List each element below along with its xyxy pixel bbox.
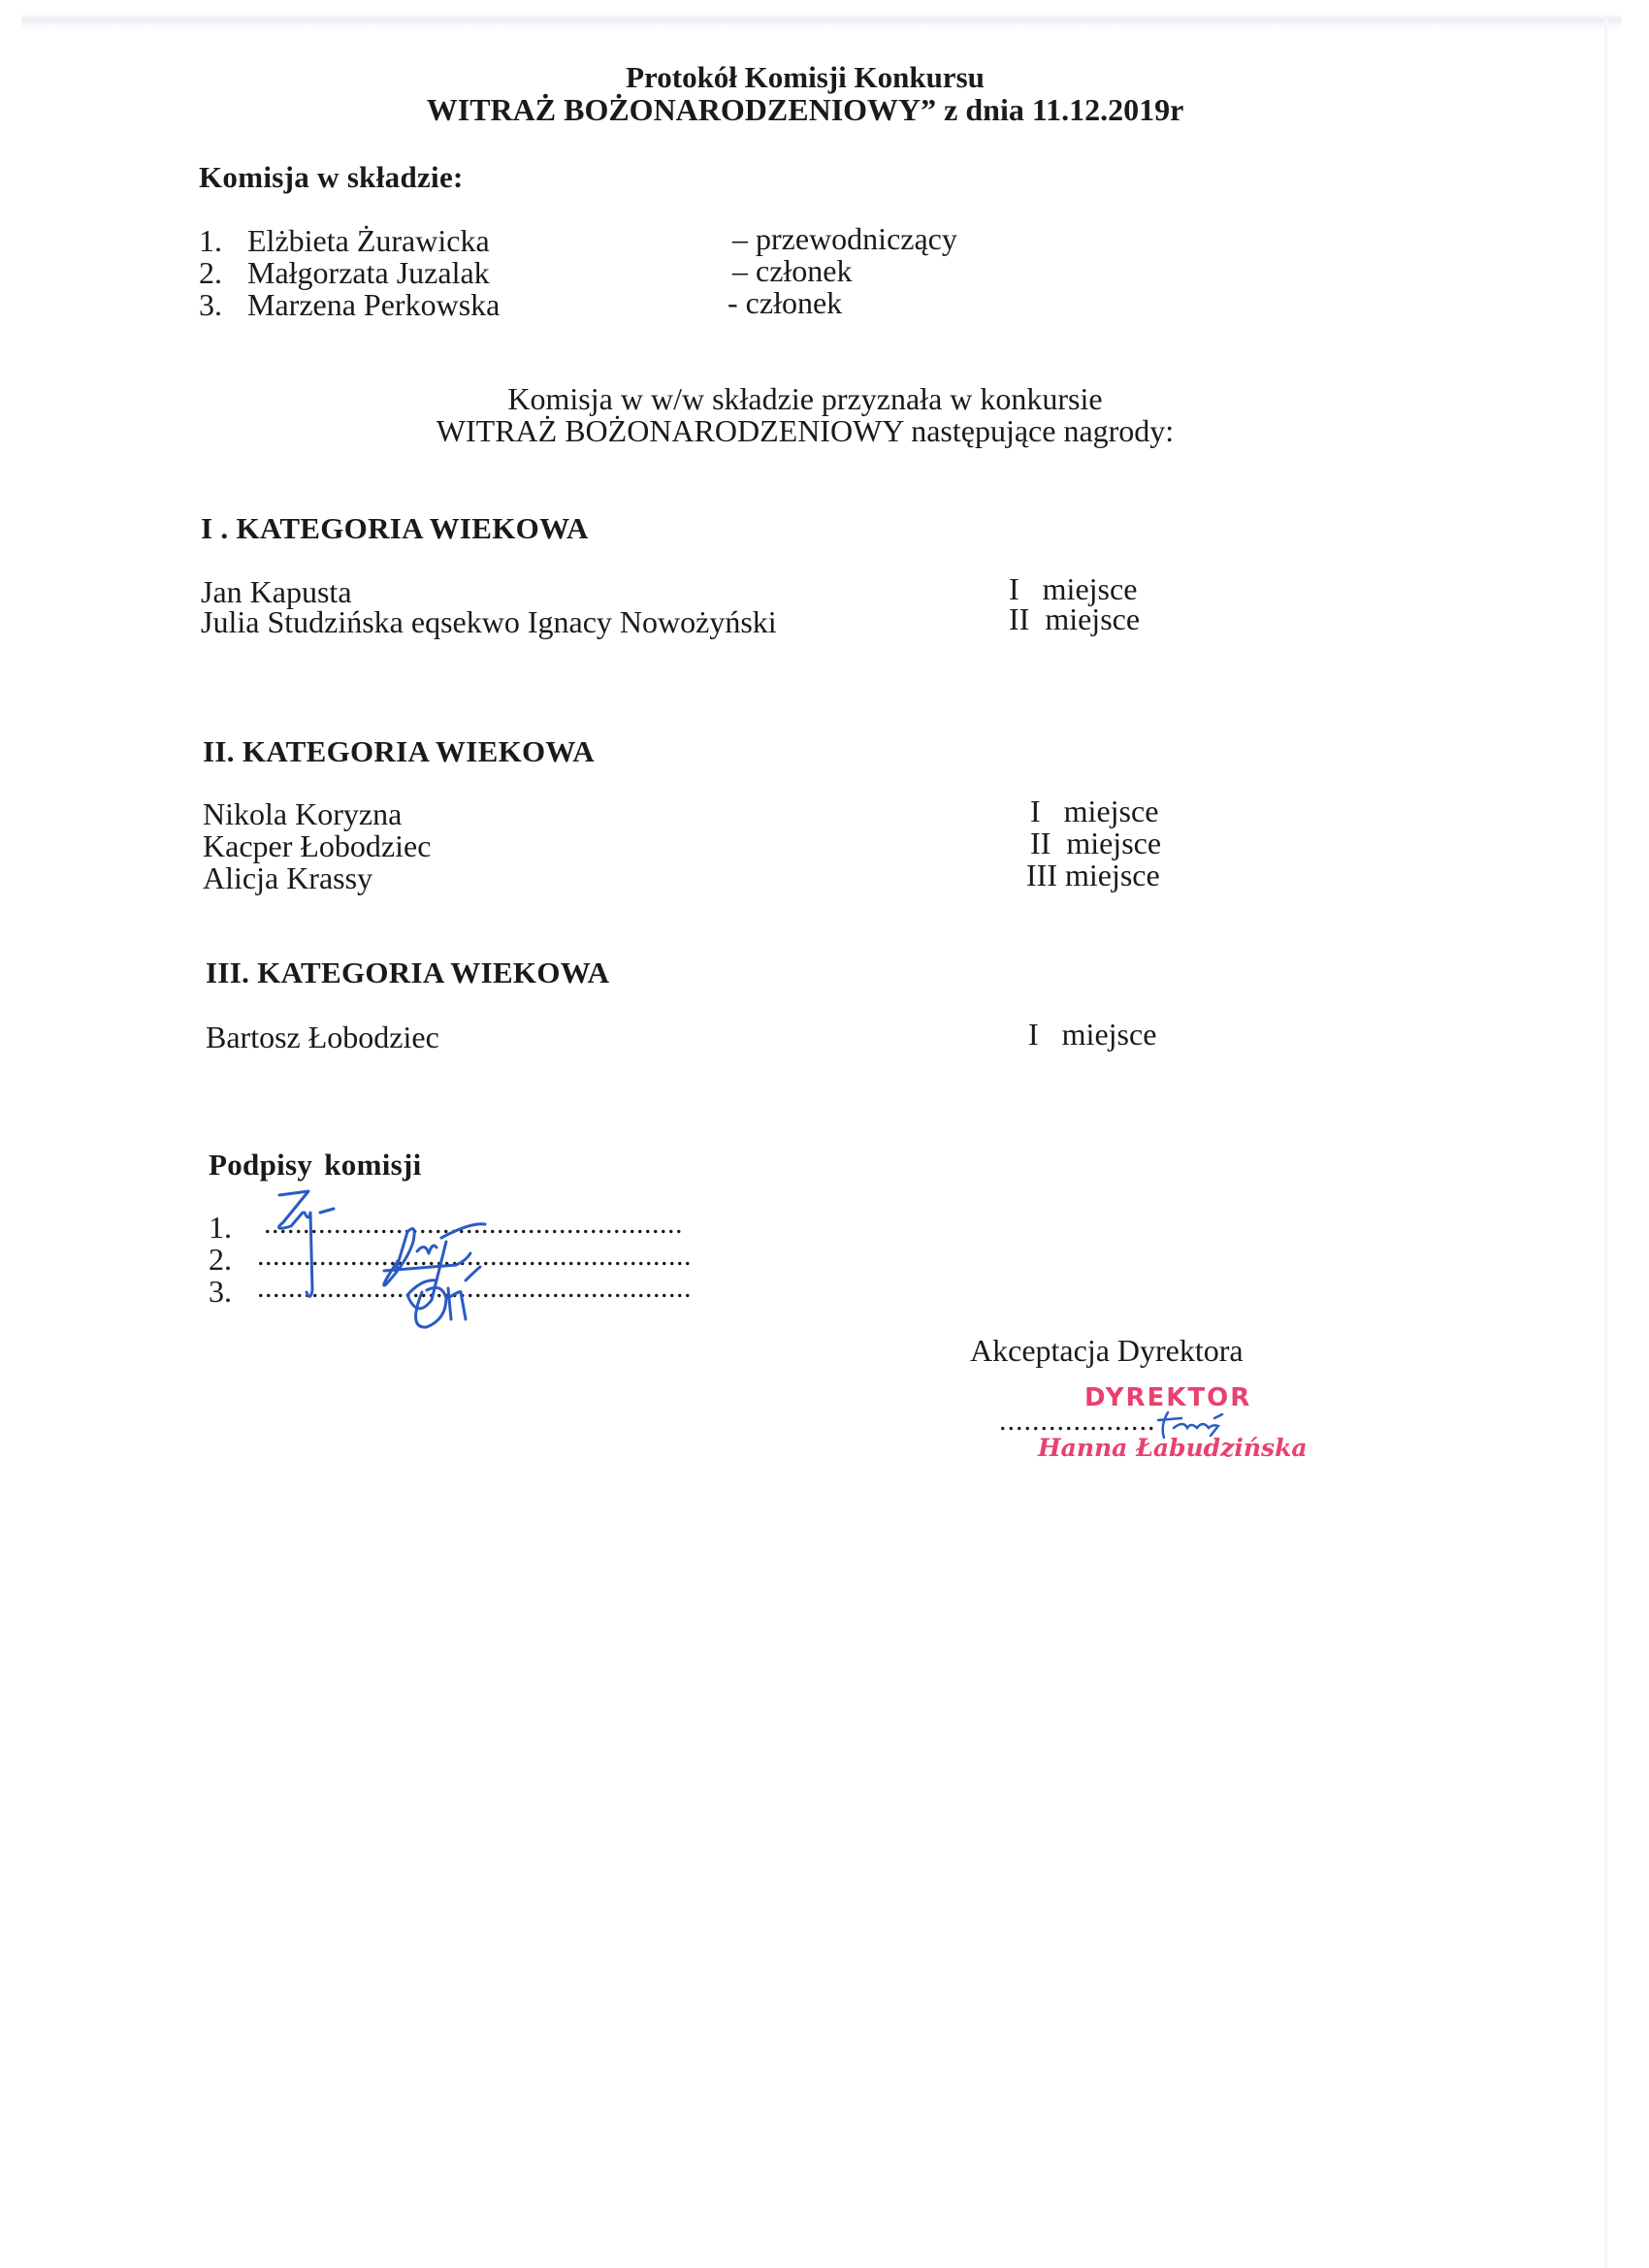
intro-line1: Komisja w w/w składzie przyznała w konku… [0, 381, 1610, 417]
winner-place: III miejsce [1026, 858, 1160, 893]
winner-name: Kacper Łobodziec [203, 828, 431, 864]
winner-name: Julia Studzińska eqsekwo Ignacy Nowożyńs… [201, 604, 777, 640]
winner-place: I miejsce [1030, 794, 1158, 829]
signature-number: 1. [209, 1210, 232, 1246]
director-signature-dots: ................... [999, 1405, 1156, 1438]
winner-place: II miejsce [1009, 601, 1140, 637]
member-role: – przewodniczący [732, 221, 957, 257]
committee-heading: Komisja w składzie: [199, 160, 464, 195]
winner-name: Alicja Krassy [203, 860, 372, 896]
scan-edge-top [21, 14, 1622, 29]
category-heading: III. KATEGORIA WIEKOWA [206, 956, 609, 990]
member-number: 3. [199, 287, 222, 323]
winner-place: I miejsce [1028, 1017, 1156, 1053]
member-name: Elżbieta Żurawicka [247, 223, 490, 259]
category-heading: I . KATEGORIA WIEKOWA [201, 511, 589, 546]
category-heading: II. KATEGORIA WIEKOWA [203, 734, 595, 769]
signature-number: 2. [209, 1242, 232, 1278]
stamp-name: Hanna Łabudzińska [1038, 1434, 1308, 1462]
winner-name: Nikola Koryzna [203, 796, 402, 832]
handwritten-signatures-icon [262, 1183, 553, 1329]
winner-place: II miejsce [1030, 826, 1161, 861]
member-number: 2. [199, 255, 222, 291]
member-number: 1. [199, 223, 222, 259]
signatures-heading: Podpisy komisji [209, 1148, 422, 1183]
member-name: Marzena Perkowska [247, 287, 500, 323]
signature-number: 3. [209, 1274, 232, 1310]
director-acceptance-label: Akceptacja Dyrektora [970, 1333, 1244, 1369]
document-title-line2: WITRAŻ BOŻONARODZENIOWY” z dnia 11.12.20… [0, 92, 1610, 128]
winner-name: Bartosz Łobodziec [206, 1020, 439, 1055]
scan-edge-right [1604, 19, 1608, 2268]
intro-line2: WITRAŻ BOŻONARODZENIOWY następujące nagr… [0, 413, 1610, 449]
member-role: - członek [727, 285, 842, 321]
member-role: – członek [732, 253, 853, 289]
document-title-line1: Protokół Komisji Konkursu [0, 60, 1610, 95]
member-name: Małgorzata Juzalak [247, 255, 490, 291]
